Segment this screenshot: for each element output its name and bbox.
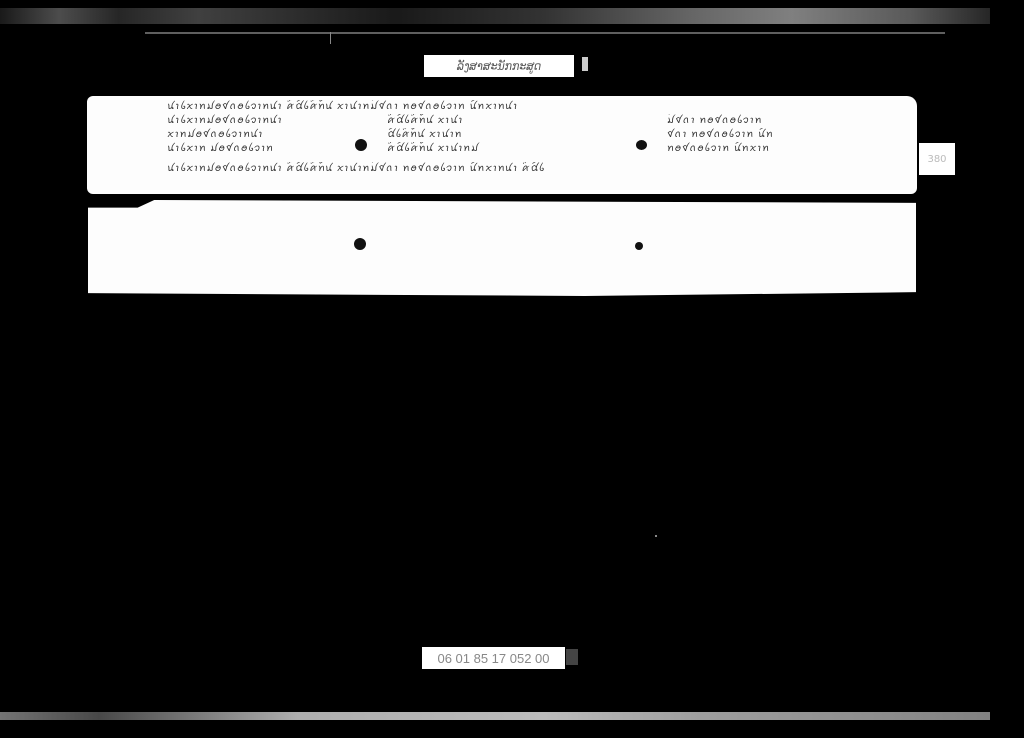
binding-hole-right [635, 242, 643, 250]
catalog-code-label: 06 01 85 17 052 00 [422, 647, 565, 669]
leaf-text-line-3-right: ꪥꪒꪱ ꪀꪮꪥꪒꪮꪉꪫꪱꪀ ꪙꪷꪀ [667, 128, 907, 142]
leaf-text-line-2-mid: ꪁꪾꪠꪷꪉꪁꪾꪀꪰꪙ ꪎꪱꪙꪱ [387, 114, 627, 128]
leaf-text-line-4-right: ꪀꪮꪥꪒꪮꪉꪫꪱꪀ ꪙꪷꪀꪎꪱꪀ [667, 142, 907, 156]
scan-top-line [145, 32, 945, 34]
manuscript-title-label: ລັງສາສະນັກກະສູດ [424, 55, 574, 77]
leaf-text-line-1: ꪙꪱꪉꪎꪱꪀꪣꪮꪥꪒꪮꪉꪫꪱꪀꪙꪱ ꪁꪾꪠꪷꪉꪁꪾꪀꪰꪙ ꪎꪱꪙꪱꪀꪣꪲꪥꪒꪱ … [167, 100, 907, 114]
leaf-text-line-5: ꪙꪱꪉꪎꪱꪀꪣꪮꪥꪒꪮꪉꪫꪱꪀꪙꪱ ꪁꪾꪠꪷꪉꪁꪾꪀꪰꪙ ꪎꪱꪙꪱꪀꪣꪲꪥꪒꪱ … [167, 162, 907, 176]
binding-hole-left [354, 238, 366, 250]
palm-leaf-inscribed: ꪙꪱꪉꪎꪱꪀꪣꪮꪥꪒꪮꪉꪫꪱꪀꪙꪱ ꪁꪾꪠꪷꪉꪁꪾꪀꪰꪙ ꪎꪱꪙꪱꪀꪣꪲꪥꪒꪱ … [87, 96, 917, 194]
scan-top-edge [0, 8, 990, 24]
title-tag-mark [582, 57, 588, 71]
binding-hole-left [355, 139, 367, 151]
leaf-text-line-4-mid: ꪁꪾꪠꪷꪉꪁꪾꪀꪰꪙ ꪎꪱꪙꪱꪀꪣ [387, 142, 627, 156]
dust-speck [655, 535, 657, 537]
palm-leaf-blank [88, 200, 916, 296]
scan-bottom-edge [0, 712, 990, 720]
leaf-text-line-3-mid: ꪠꪷꪉꪁꪾꪀꪰꪙ ꪎꪱꪙꪱꪀ [387, 128, 627, 142]
catalog-tag-mark [566, 649, 578, 665]
leaf-text-line-3-left: ꪎꪱꪀꪣꪮꪥꪒꪮꪉꪫꪱꪀꪙꪱ [167, 128, 367, 142]
leaf-text-line-2-left: ꪙꪱꪉꪎꪱꪀꪣꪮꪥꪒꪮꪉꪫꪱꪀꪙꪱ [167, 114, 367, 128]
leaf-text-line-2-right: ꪣꪲꪥꪒꪱ ꪀꪮꪥꪒꪮꪉꪫꪱꪀ [667, 114, 907, 128]
dust-speck [330, 32, 331, 44]
leaf-text-line-4-left: ꪙꪱꪉꪎꪱꪀ ꪣꪮꪥꪒꪮꪉꪫꪱꪀ [167, 142, 367, 156]
binding-hole-right [636, 140, 647, 150]
page-number-tag: 380 [919, 143, 955, 175]
